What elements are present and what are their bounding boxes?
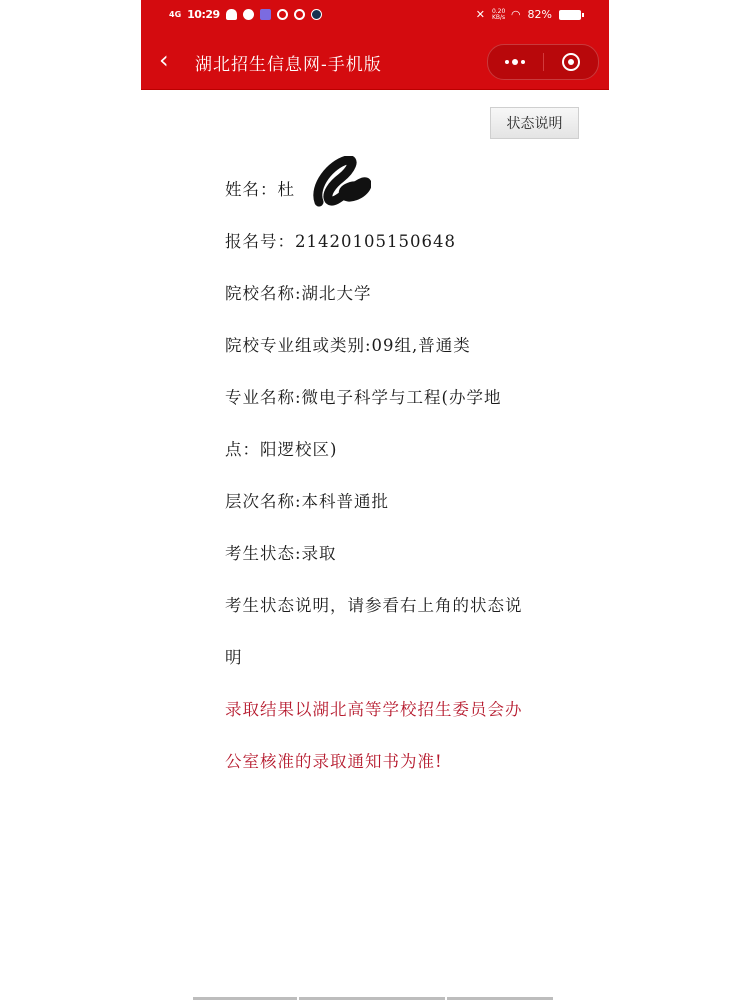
more-button[interactable] <box>488 45 543 79</box>
nav-bar: ‹ 湖北招生信息网-手机版 <box>141 40 609 84</box>
play-icon <box>294 9 305 20</box>
major-group: 院校专业组或类别:09组,普通类 <box>225 332 471 356</box>
signal-icon: 4G <box>169 11 181 19</box>
search-app-icon <box>277 9 288 20</box>
battery-icon <box>559 10 581 20</box>
more-dots-icon <box>505 59 525 65</box>
network-speed: 0.20 KB/s <box>492 9 504 21</box>
app-icon <box>243 9 254 20</box>
status-bar: 4G 10:29 ✕ 0.20 KB/s ◠ 82% <box>141 0 609 32</box>
app-dark-icon <box>311 9 322 20</box>
header: 4G 10:29 ✕ 0.20 KB/s ◠ 82% ‹ 湖北招生信息网-手机版 <box>141 0 609 90</box>
registration-number: 报名号：21420105150648 <box>225 228 456 252</box>
status-note-line2: 明 <box>225 644 243 668</box>
app-square-icon <box>260 9 271 20</box>
status-left: 4G 10:29 <box>169 8 322 21</box>
status-explanation-button[interactable]: 状态说明 <box>490 107 579 139</box>
close-button[interactable] <box>544 45 599 79</box>
major-name-line1: 专业名称:微电子科学与工程(办学地 <box>225 384 502 408</box>
phone-screen: 4G 10:29 ✕ 0.20 KB/s ◠ 82% ‹ 湖北招生信息网-手机版 <box>141 0 609 1000</box>
chevron-left-icon[interactable]: ‹ <box>159 48 169 72</box>
major-name-line2: 点：阳逻校区) <box>225 436 337 460</box>
qq-icon <box>226 9 237 20</box>
mini-program-capsule <box>487 44 599 80</box>
target-circle-icon <box>562 53 580 71</box>
clock: 10:29 <box>187 8 220 21</box>
notice-line1: 录取结果以湖北高等学校招生委员会办 <box>225 696 523 720</box>
school-name: 院校名称:湖北大学 <box>225 280 372 304</box>
redaction-scribble <box>311 156 371 208</box>
wifi-icon: ◠ <box>511 8 521 21</box>
status-note-line1: 考生状态说明，请参看右上角的状态说 <box>225 592 523 616</box>
notice-line2: 公室核准的录取通知书为准! <box>225 748 443 772</box>
name-field: 姓名：杜 <box>225 176 295 200</box>
battery-percent: 82% <box>528 8 552 21</box>
page-title: 湖北招生信息网-手机版 <box>195 50 382 75</box>
status-right: ✕ 0.20 KB/s ◠ 82% <box>476 8 581 21</box>
mute-icon: ✕ <box>476 8 485 21</box>
candidate-status: 考生状态:录取 <box>225 540 337 564</box>
level-name: 层次名称:本科普通批 <box>225 488 389 512</box>
